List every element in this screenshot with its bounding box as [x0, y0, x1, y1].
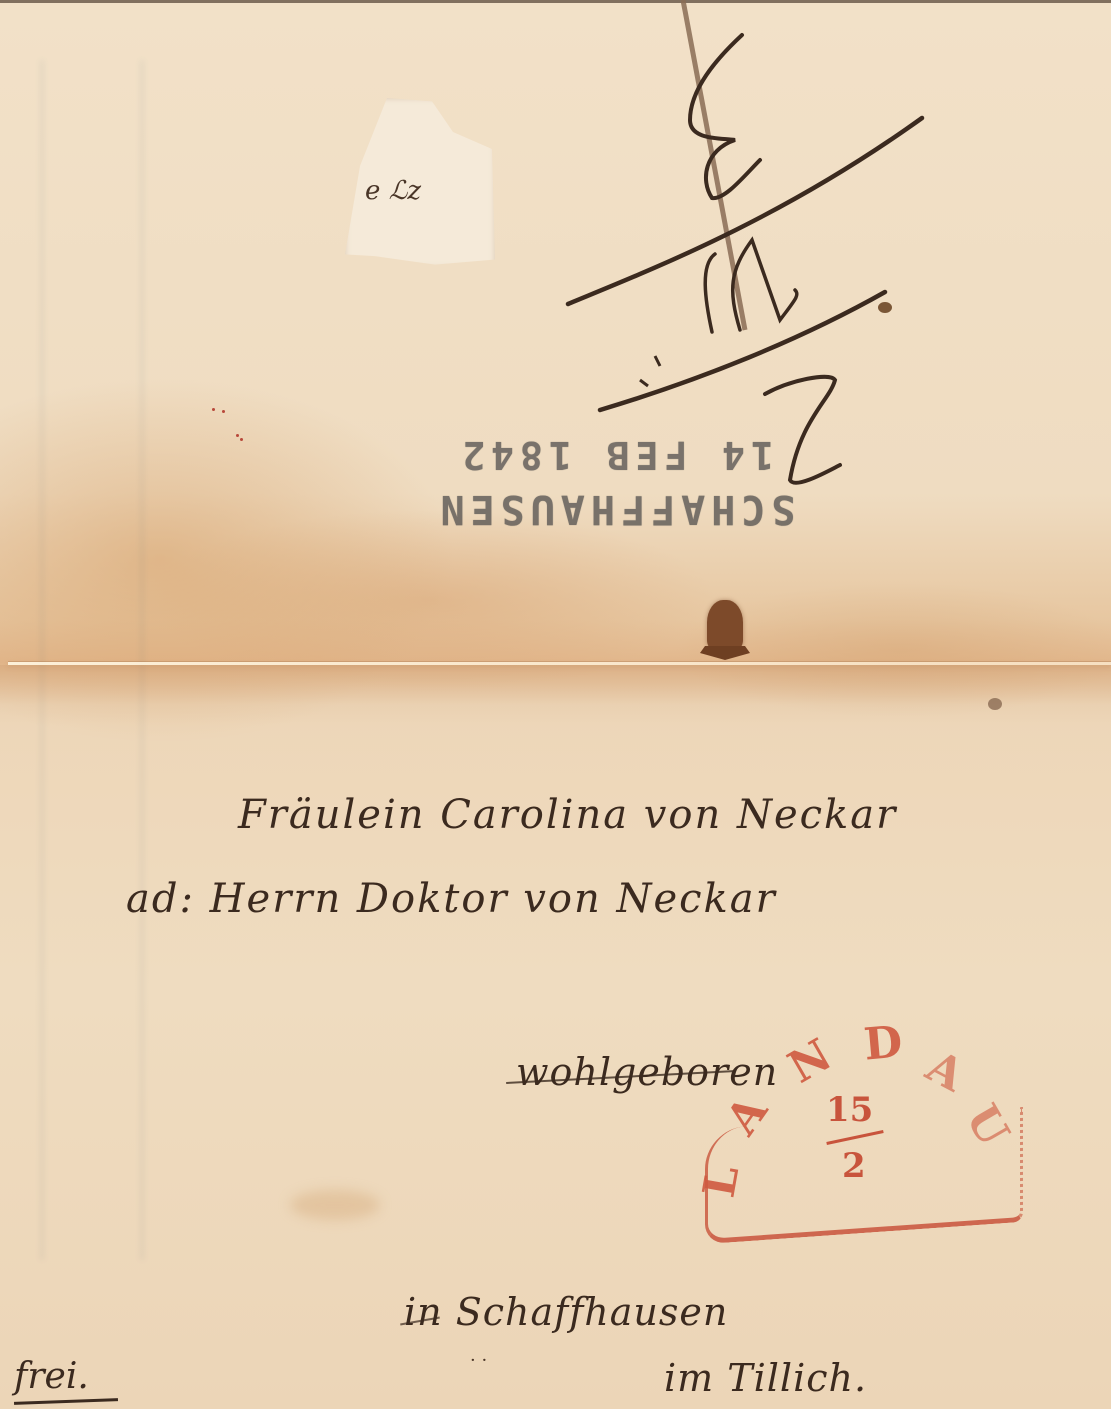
- postmark-date: 14 FEB 1842: [425, 431, 805, 479]
- postmark-letter: D: [862, 1016, 904, 1070]
- franking-underline: [14, 1398, 118, 1405]
- fold-crease: [8, 662, 1111, 665]
- postmark-month: 2: [842, 1146, 866, 1186]
- franking-note: frei.: [14, 1356, 89, 1397]
- red-ink-specks: [208, 404, 248, 444]
- schaffhausen-postmark: SCHAFFHAUSEN 14 FEB 1842: [425, 418, 805, 533]
- address-line-recipient: Fräulein Carolina von Neckar: [238, 792, 897, 838]
- fold-shadow: [0, 665, 1111, 725]
- address-line-city: in Schaffhausen: [404, 1290, 728, 1334]
- age-stain: [290, 1190, 380, 1220]
- address-line-street: im Tillich.: [664, 1356, 867, 1400]
- foxing-spot: [988, 698, 1002, 710]
- address-line-care-of: ad: Herrn Doktor von Neckar: [126, 876, 777, 922]
- ink-spot: [878, 302, 892, 313]
- manuscript-rate-marking: [0, 0, 1111, 700]
- postmark-letter: A: [918, 1041, 972, 1102]
- letter-cover: e ℒz SCHAFFHAUSEN 14 FEB 1842 Fräulein C…: [0, 0, 1111, 1409]
- landau-postmark: L A N D A U 15 2: [700, 1018, 1022, 1233]
- wax-seal-remnant: [707, 600, 743, 650]
- postmark-letter: N: [780, 1029, 840, 1093]
- ink-dots: · ·: [470, 1350, 487, 1371]
- postmark-day: 15: [826, 1090, 873, 1130]
- postmark-town: SCHAFFHAUSEN: [425, 485, 805, 533]
